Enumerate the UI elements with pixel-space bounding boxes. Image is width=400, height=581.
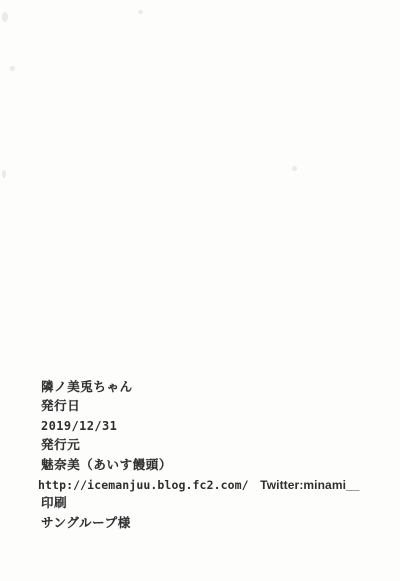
printer-label: 印刷 — [41, 494, 371, 513]
scan-speck — [138, 10, 143, 14]
publisher-name: 魅奈美（あいす饅頭） — [41, 456, 371, 475]
scan-speck — [2, 170, 6, 178]
publish-date-value: 2019/12/31 — [41, 417, 371, 436]
twitter-handle: Twitter:minami__ — [260, 478, 359, 492]
printer-name: サングループ様 — [41, 514, 371, 533]
contact-line: http://icemanjuu.blog.fc2.com/ Twitter:m… — [38, 475, 371, 494]
publish-date-label: 発行日 — [41, 397, 371, 416]
scan-speck — [292, 166, 297, 171]
colophon-page: 隣ノ美兎ちゃん 発行日 2019/12/31 発行元 魅奈美（あいす饅頭） ht… — [0, 0, 400, 581]
publisher-label: 発行元 — [41, 436, 371, 455]
doujin-title: 隣ノ美兎ちゃん — [41, 378, 371, 397]
colophon-block: 隣ノ美兎ちゃん 発行日 2019/12/31 発行元 魅奈美（あいす饅頭） ht… — [41, 378, 371, 533]
scan-speck — [10, 66, 15, 71]
website-url: http://icemanjuu.blog.fc2.com/ — [38, 478, 249, 492]
scan-speck — [2, 12, 8, 22]
